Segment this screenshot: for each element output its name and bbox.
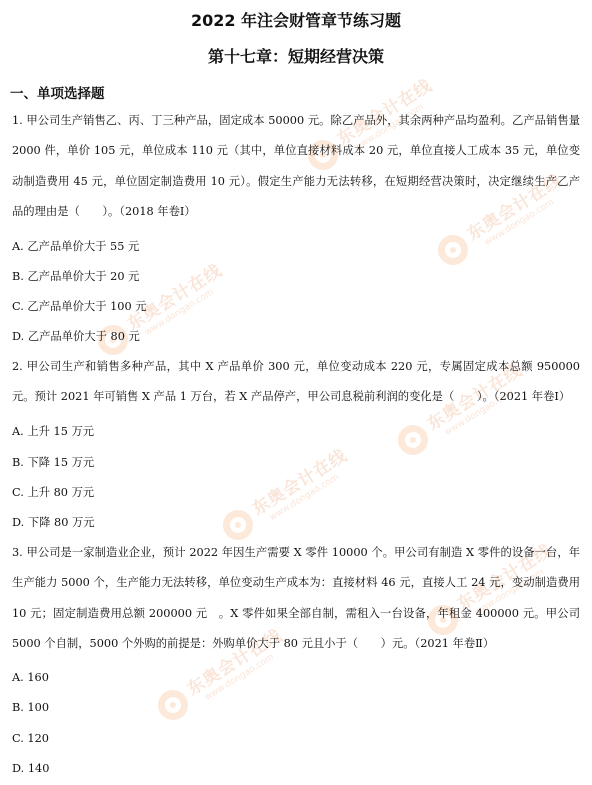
question-2-stem: 2. 甲公司生产和销售多种产品，其中 X 产品单价 300 元，单位变动成本 2… bbox=[12, 352, 580, 413]
watermark-logo: 东奥会计在线www.dongao.com bbox=[216, 441, 357, 547]
question-3-option-b: B. 100 bbox=[12, 700, 49, 716]
question-2-option-a: A. 上升 15 万元 bbox=[12, 424, 94, 440]
question-3-option-d: D. 140 bbox=[12, 761, 49, 777]
question-3-option-c: C. 120 bbox=[12, 731, 49, 747]
brand-logo-icon bbox=[392, 419, 433, 460]
brand-logo-icon bbox=[432, 229, 473, 270]
question-2-option-b: B. 下降 15 万元 bbox=[12, 455, 94, 471]
question-1-stem: 1. 甲公司生产销售乙、丙、丁三种产品，固定成本 50000 元。除乙产品外，其… bbox=[12, 106, 580, 227]
question-3-stem: 3. 甲公司是一家制造业企业，预计 2022 年因生产需要 X 零件 10000… bbox=[12, 538, 580, 659]
section-heading: 一、单项选择题 bbox=[10, 82, 105, 102]
document-title: 2022 年注会财管章节练习题 bbox=[0, 8, 592, 31]
question-1-option-c: C. 乙产品单价大于 100 元 bbox=[12, 299, 147, 315]
question-1-option-d: D. 乙产品单价大于 80 元 bbox=[12, 329, 140, 345]
question-1-option-a: A. 乙产品单价大于 55 元 bbox=[12, 239, 139, 255]
brand-logo-icon bbox=[152, 684, 193, 725]
question-1-option-b: B. 乙产品单价大于 20 元 bbox=[12, 269, 139, 285]
question-3-option-a: A. 160 bbox=[12, 670, 49, 686]
question-2-option-c: C. 上升 80 万元 bbox=[12, 485, 94, 501]
question-2-option-d: D. 下降 80 万元 bbox=[12, 515, 95, 531]
chapter-title: 第十七章：短期经营决策 bbox=[0, 44, 592, 67]
